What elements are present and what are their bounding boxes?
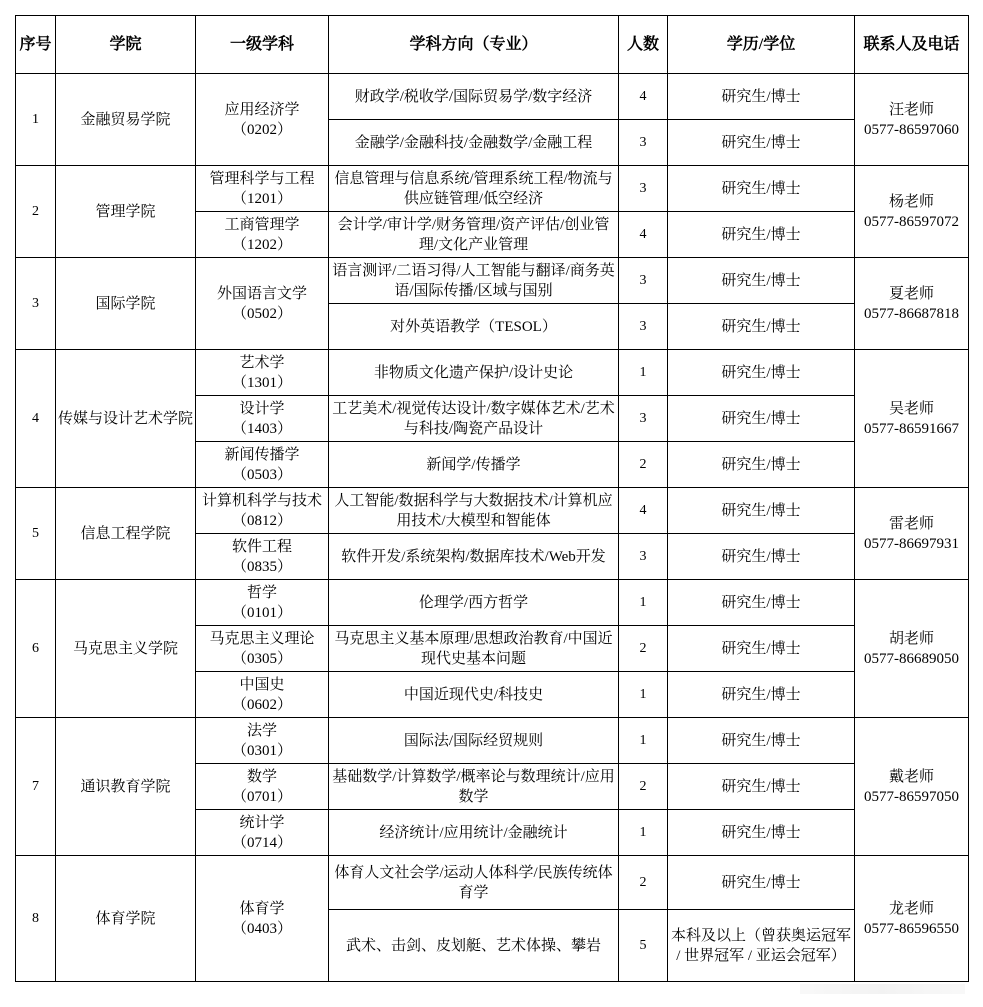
degree: 研究生/博士 [668, 304, 855, 350]
discipline-name: 马克思主义理论 [209, 631, 314, 647]
contact-phone: 0577-86597072 [857, 212, 966, 232]
college-name: 管理学院 [56, 166, 196, 258]
contact-phone: 0577-86697931 [857, 534, 966, 554]
header-direction: 学科方向（专业） [329, 16, 619, 74]
degree: 研究生/博士 [668, 764, 855, 810]
count: 4 [619, 212, 668, 258]
table-row: 2 管理学院 管理科学与工程（1201） 信息管理与信息系统/管理系统工程/物流… [16, 166, 969, 212]
count: 3 [619, 120, 668, 166]
count: 4 [619, 74, 668, 120]
direction: 体育人文社会学/运动人体科学/民族传统体育学 [329, 856, 619, 910]
degree: 研究生/博士 [668, 488, 855, 534]
degree: 研究生/博士 [668, 534, 855, 580]
college-name: 通识教育学院 [56, 718, 196, 856]
table-row: 5 信息工程学院 计算机科学与技术（0812） 人工智能/数据科学与大数据技术/… [16, 488, 969, 534]
discipline-cell: 统计学（0714） [196, 810, 329, 856]
count: 5 [619, 910, 668, 982]
discipline-name: 统计学 [239, 815, 284, 831]
discipline-name: 管理科学与工程 [209, 171, 314, 187]
discipline-name: 软件工程 [232, 539, 292, 555]
degree: 研究生/博士 [668, 212, 855, 258]
count: 1 [619, 350, 668, 396]
discipline-code: （1202） [198, 235, 326, 255]
header-discipline: 一级学科 [196, 16, 329, 74]
table-row: 4 传媒与设计艺术学院 艺术学（1301） 非物质文化遗产保护/设计史论 1 研… [16, 350, 969, 396]
count: 3 [619, 304, 668, 350]
count: 2 [619, 442, 668, 488]
discipline-cell: 数学（0701） [196, 764, 329, 810]
discipline-name: 新闻传播学 [224, 447, 299, 463]
degree: 研究生/博士 [668, 396, 855, 442]
row-number: 2 [16, 166, 56, 258]
table-row: 8 体育学院 体育学（0403） 体育人文社会学/运动人体科学/民族传统体育学 … [16, 856, 969, 910]
header-college: 学院 [56, 16, 196, 74]
discipline-code: （0701） [198, 787, 326, 807]
contact-name: 龙老师 [889, 901, 934, 917]
college-name: 信息工程学院 [56, 488, 196, 580]
direction: 金融学/金融科技/金融数学/金融工程 [329, 120, 619, 166]
discipline-cell: 工商管理学（1202） [196, 212, 329, 258]
watermark [800, 984, 965, 994]
discipline-name: 应用经济学 [224, 102, 299, 118]
contact-name: 夏老师 [889, 286, 934, 302]
discipline-cell: 设计学（1403） [196, 396, 329, 442]
direction: 会计学/审计学/财务管理/资产评估/创业管理/文化产业管理 [329, 212, 619, 258]
contact-cell: 胡老师0577-86689050 [855, 580, 969, 718]
contact-cell: 龙老师0577-86596550 [855, 856, 969, 982]
discipline-code: （1301） [198, 373, 326, 393]
direction: 财政学/税收学/国际贸易学/数字经济 [329, 74, 619, 120]
count: 3 [619, 396, 668, 442]
discipline-name: 体育学 [239, 901, 284, 917]
header-no: 序号 [16, 16, 56, 74]
discipline-name: 工商管理学 [224, 217, 299, 233]
direction: 经济统计/应用统计/金融统计 [329, 810, 619, 856]
contact-cell: 戴老师0577-86597050 [855, 718, 969, 856]
degree: 研究生/博士 [668, 350, 855, 396]
discipline-code: （0835） [198, 557, 326, 577]
discipline-code: （0202） [198, 120, 326, 140]
discipline-code: （0602） [198, 695, 326, 715]
degree: 研究生/博士 [668, 580, 855, 626]
contact-name: 杨老师 [889, 194, 934, 210]
discipline-cell: 软件工程（0835） [196, 534, 329, 580]
degree: 研究生/博士 [668, 672, 855, 718]
direction: 马克思主义基本原理/思想政治教育/中国近现代史基本问题 [329, 626, 619, 672]
count: 3 [619, 166, 668, 212]
count: 1 [619, 810, 668, 856]
discipline-name: 数学 [247, 769, 277, 785]
contact-phone: 0577-86597050 [857, 787, 966, 807]
discipline-cell: 管理科学与工程（1201） [196, 166, 329, 212]
row-number: 7 [16, 718, 56, 856]
college-name: 体育学院 [56, 856, 196, 982]
discipline-cell: 法学（0301） [196, 718, 329, 764]
discipline-cell: 外国语言文学（0502） [196, 258, 329, 350]
discipline-cell: 体育学（0403） [196, 856, 329, 982]
discipline-code: （0502） [198, 304, 326, 324]
degree: 研究生/博士 [668, 120, 855, 166]
contact-name: 雷老师 [889, 516, 934, 532]
table-row: 3 国际学院 外国语言文学（0502） 语言测评/二语习得/人工智能与翻译/商务… [16, 258, 969, 304]
contact-phone: 0577-86596550 [857, 919, 966, 939]
direction: 基础数学/计算数学/概率论与数理统计/应用数学 [329, 764, 619, 810]
row-number: 4 [16, 350, 56, 488]
direction: 非物质文化遗产保护/设计史论 [329, 350, 619, 396]
discipline-code: （0301） [198, 741, 326, 761]
direction: 信息管理与信息系统/管理系统工程/物流与供应链管理/低空经济 [329, 166, 619, 212]
contact-cell: 汪老师0577-86597060 [855, 74, 969, 166]
count: 1 [619, 718, 668, 764]
count: 3 [619, 534, 668, 580]
direction: 新闻学/传播学 [329, 442, 619, 488]
contact-name: 戴老师 [889, 769, 934, 785]
discipline-cell: 哲学（0101） [196, 580, 329, 626]
contact-phone: 0577-86687818 [857, 304, 966, 324]
count: 2 [619, 764, 668, 810]
contact-name: 汪老师 [889, 102, 934, 118]
contact-cell: 吴老师0577-86591667 [855, 350, 969, 488]
degree: 研究生/博士 [668, 718, 855, 764]
contact-name: 胡老师 [889, 631, 934, 647]
row-number: 3 [16, 258, 56, 350]
discipline-code: （0503） [198, 465, 326, 485]
degree: 研究生/博士 [668, 626, 855, 672]
discipline-code: （0812） [198, 511, 326, 531]
direction: 软件开发/系统架构/数据库技术/Web开发 [329, 534, 619, 580]
contact-cell: 雷老师0577-86697931 [855, 488, 969, 580]
direction: 伦理学/西方哲学 [329, 580, 619, 626]
contact-phone: 0577-86689050 [857, 649, 966, 669]
header-count: 人数 [619, 16, 668, 74]
discipline-cell: 中国史（0602） [196, 672, 329, 718]
contact-name: 吴老师 [889, 401, 934, 417]
discipline-name: 计算机科学与技术 [202, 493, 322, 509]
table-row: 7 通识教育学院 法学（0301） 国际法/国际经贸规则 1 研究生/博士 戴老… [16, 718, 969, 764]
header-degree: 学历/学位 [668, 16, 855, 74]
discipline-name: 外国语言文学 [217, 286, 307, 302]
college-name: 马克思主义学院 [56, 580, 196, 718]
degree: 研究生/博士 [668, 810, 855, 856]
discipline-code: （0714） [198, 833, 326, 853]
degree: 研究生/博士 [668, 856, 855, 910]
college-name: 金融贸易学院 [56, 74, 196, 166]
header-contact: 联系人及电话 [855, 16, 969, 74]
degree: 研究生/博士 [668, 74, 855, 120]
discipline-name: 法学 [247, 723, 277, 739]
discipline-code: （1201） [198, 189, 326, 209]
degree: 研究生/博士 [668, 442, 855, 488]
discipline-name: 设计学 [239, 401, 284, 417]
discipline-code: （0403） [198, 919, 326, 939]
row-number: 8 [16, 856, 56, 982]
direction: 工艺美术/视觉传达设计/数字媒体艺术/艺术与科技/陶瓷产品设计 [329, 396, 619, 442]
discipline-code: （0101） [198, 603, 326, 623]
discipline-cell: 艺术学（1301） [196, 350, 329, 396]
discipline-code: （0305） [198, 649, 326, 669]
discipline-name: 艺术学 [239, 355, 284, 371]
direction: 国际法/国际经贸规则 [329, 718, 619, 764]
row-number: 1 [16, 74, 56, 166]
contact-cell: 杨老师0577-86597072 [855, 166, 969, 258]
discipline-cell: 新闻传播学（0503） [196, 442, 329, 488]
degree: 本科及以上（曾获奥运冠军 / 世界冠军 / 亚运会冠军） [668, 910, 855, 982]
direction: 人工智能/数据科学与大数据技术/计算机应用技术/大模型和智能体 [329, 488, 619, 534]
contact-cell: 夏老师0577-86687818 [855, 258, 969, 350]
direction: 语言测评/二语习得/人工智能与翻译/商务英语/国际传播/区域与国别 [329, 258, 619, 304]
header-row: 序号 学院 一级学科 学科方向（专业） 人数 学历/学位 联系人及电话 [16, 16, 969, 74]
count: 2 [619, 626, 668, 672]
table-row: 1 金融贸易学院 应用经济学（0202） 财政学/税收学/国际贸易学/数字经济 … [16, 74, 969, 120]
discipline-cell: 应用经济学（0202） [196, 74, 329, 166]
direction: 武术、击剑、皮划艇、艺术体操、攀岩 [329, 910, 619, 982]
college-name: 国际学院 [56, 258, 196, 350]
discipline-cell: 马克思主义理论（0305） [196, 626, 329, 672]
recruitment-table: 序号 学院 一级学科 学科方向（专业） 人数 学历/学位 联系人及电话 1 金融… [15, 15, 969, 982]
contact-phone: 0577-86591667 [857, 419, 966, 439]
degree: 研究生/博士 [668, 166, 855, 212]
degree: 研究生/博士 [668, 258, 855, 304]
row-number: 5 [16, 488, 56, 580]
count: 3 [619, 258, 668, 304]
direction: 对外英语教学（TESOL） [329, 304, 619, 350]
row-number: 6 [16, 580, 56, 718]
discipline-name: 中国史 [239, 677, 284, 693]
count: 1 [619, 580, 668, 626]
discipline-cell: 计算机科学与技术（0812） [196, 488, 329, 534]
college-name: 传媒与设计艺术学院 [56, 350, 196, 488]
contact-phone: 0577-86597060 [857, 120, 966, 140]
discipline-code: （1403） [198, 419, 326, 439]
count: 1 [619, 672, 668, 718]
count: 2 [619, 856, 668, 910]
count: 4 [619, 488, 668, 534]
direction: 中国近现代史/科技史 [329, 672, 619, 718]
discipline-name: 哲学 [247, 585, 277, 601]
table-row: 6 马克思主义学院 哲学（0101） 伦理学/西方哲学 1 研究生/博士 胡老师… [16, 580, 969, 626]
